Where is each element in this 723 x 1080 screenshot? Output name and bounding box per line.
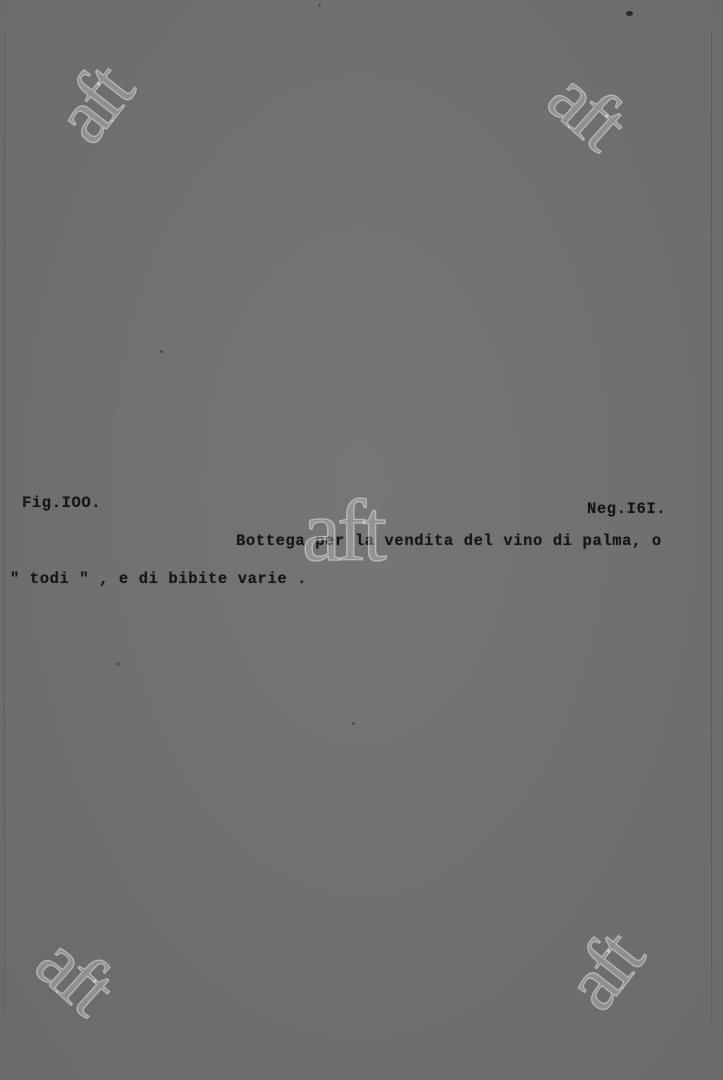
card-right-edge xyxy=(711,32,712,1022)
watermark-bottom-left: aft xyxy=(23,922,127,1027)
watermark-top-right: aft xyxy=(535,57,639,162)
watermark-center: aft xyxy=(302,488,383,576)
watermark-top-left: aft xyxy=(41,52,146,155)
dust-speck xyxy=(160,350,163,353)
negative-number: Neg.I6I. xyxy=(587,500,666,518)
caption-line-1: Bottega per la vendita del vino di palma… xyxy=(236,532,662,550)
dust-speck xyxy=(318,4,321,7)
watermark-bottom-right: aft xyxy=(551,919,656,1022)
dust-speck xyxy=(116,662,120,666)
dust-speck xyxy=(626,11,633,16)
card-left-edge xyxy=(4,32,5,1012)
figure-number: Fig.IOO. xyxy=(22,494,101,512)
dust-speck xyxy=(352,722,355,725)
caption-line-2: " todi " , e di bibite varie . xyxy=(10,570,307,588)
scanned-card: aft aft aft aft Fig.IOO. Neg.I6I. Botteg… xyxy=(0,0,723,1080)
